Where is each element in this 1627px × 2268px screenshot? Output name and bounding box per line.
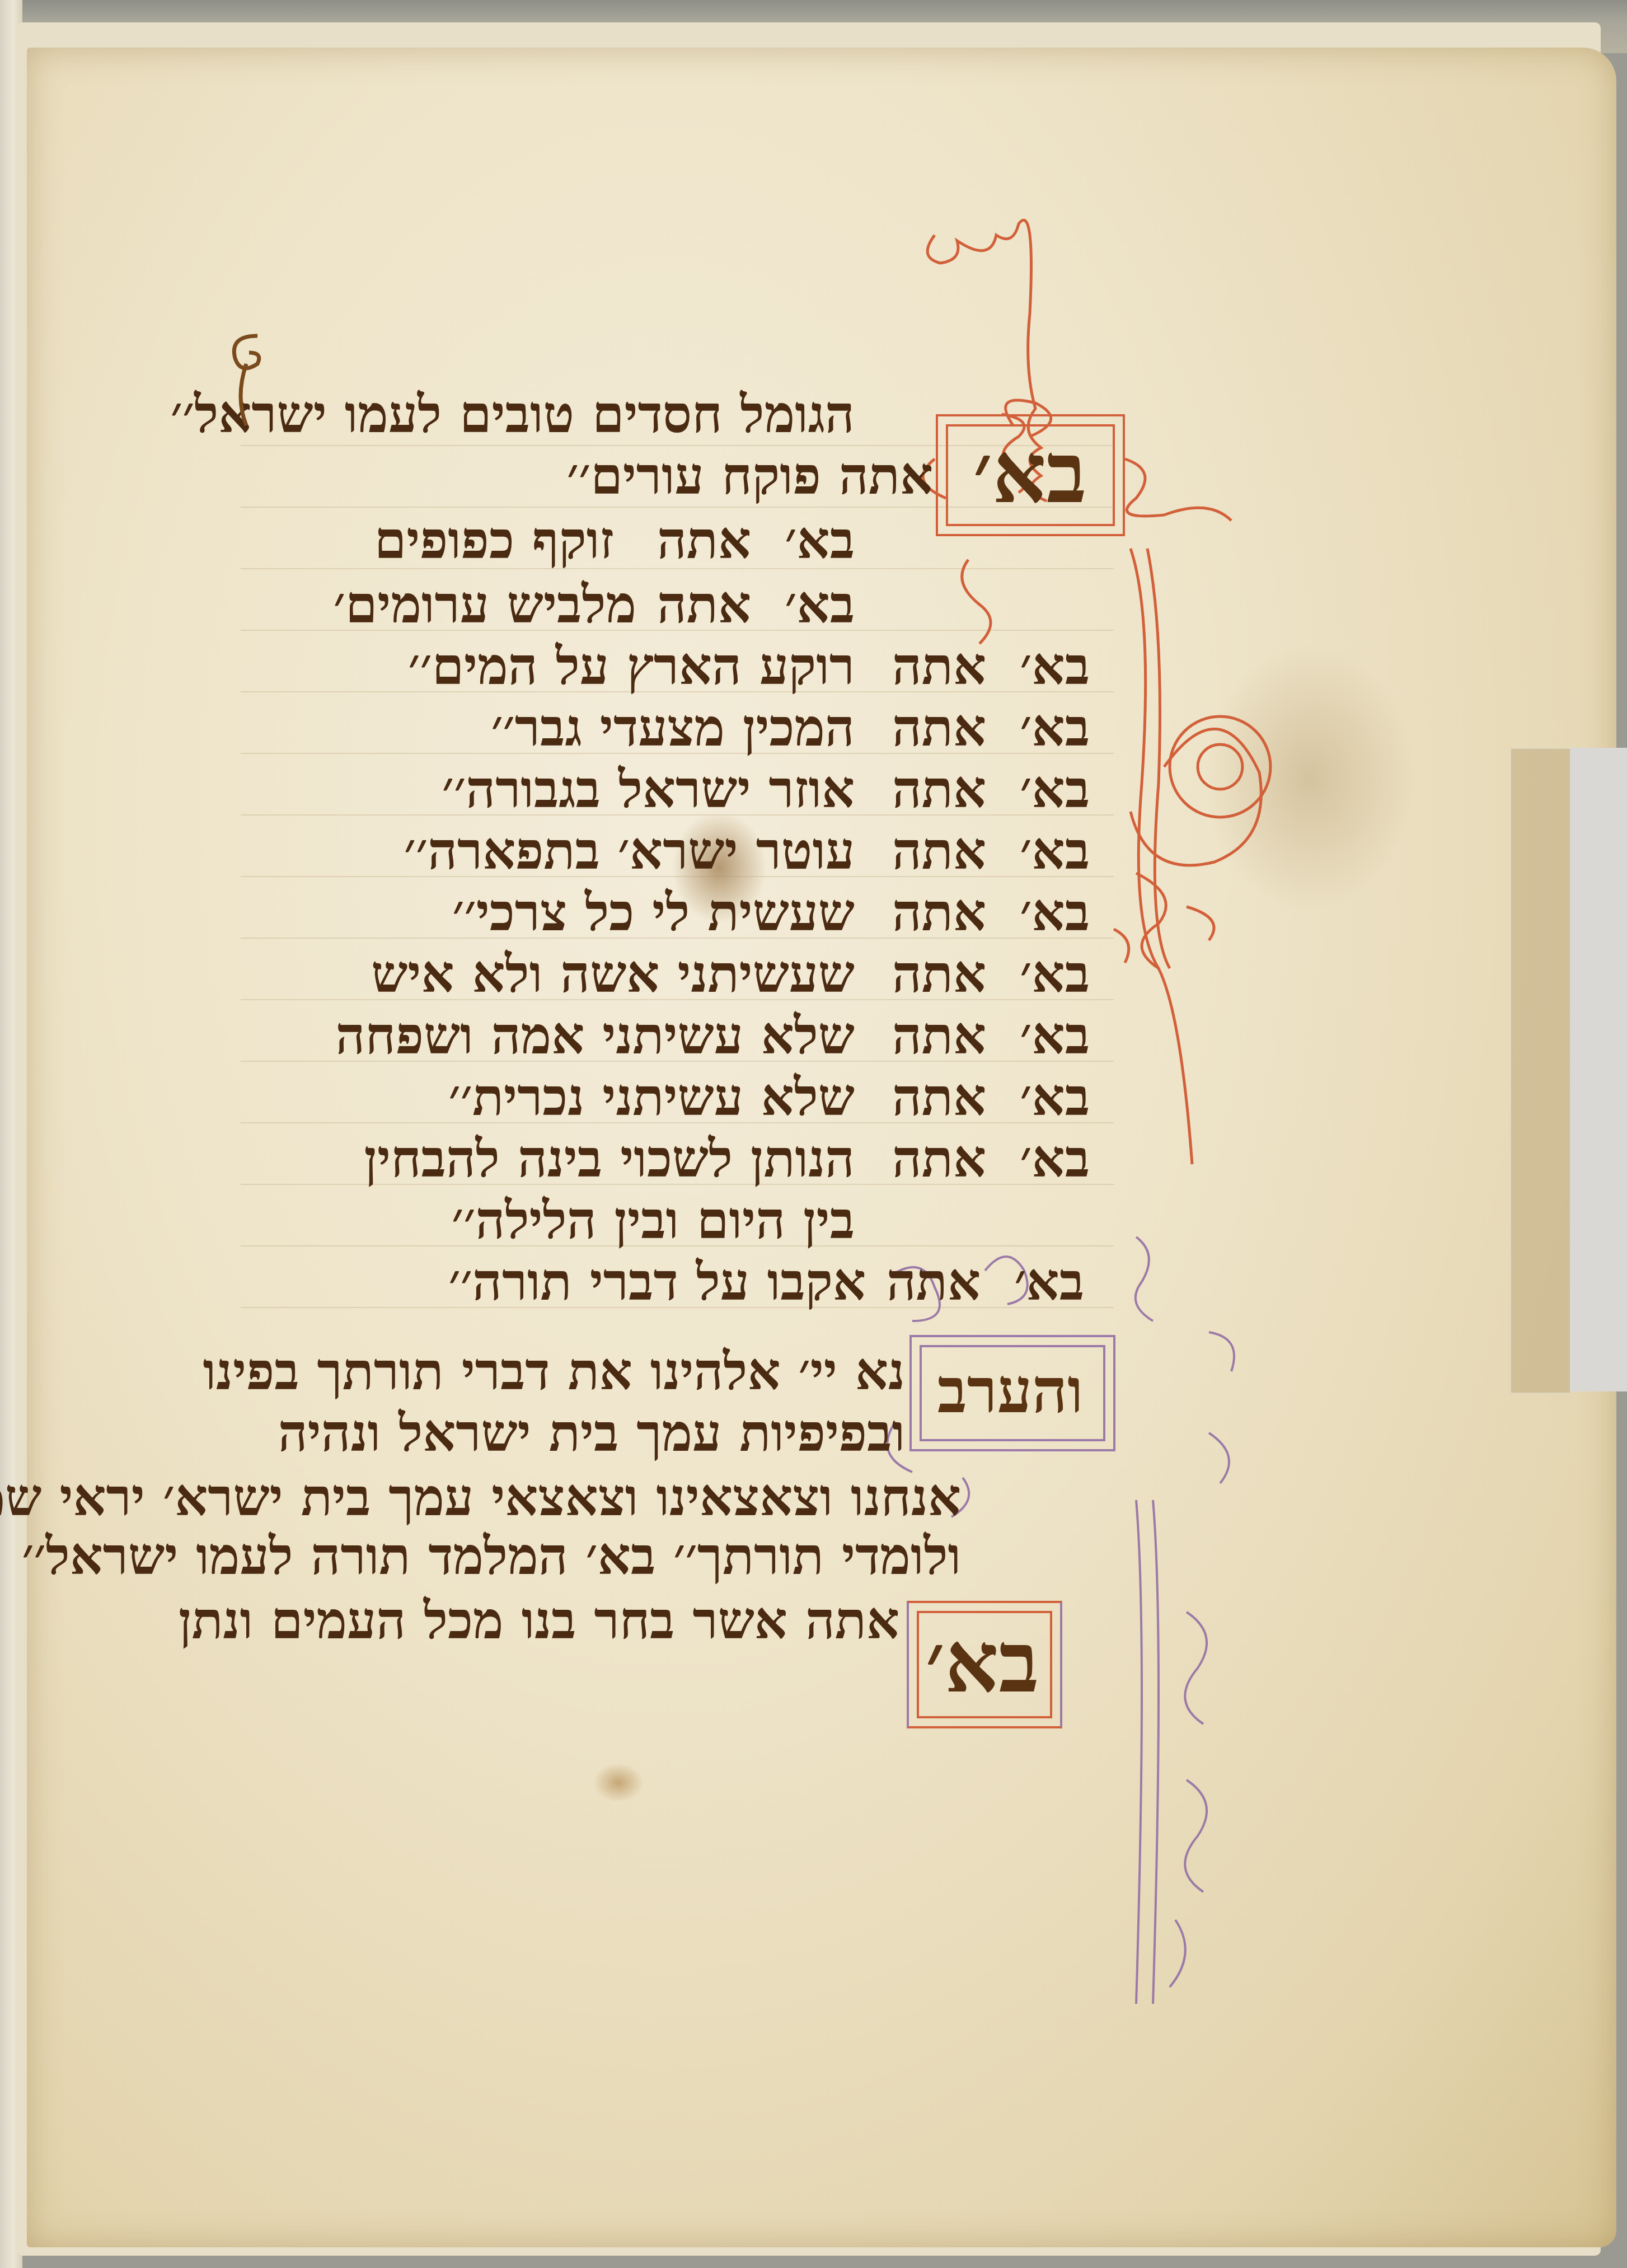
text-line-17: ובפיפיות עמך בית ישראל ונהיה	[278, 1405, 905, 1461]
blessing-text: שעשית לי כל צרכי׳׳	[452, 884, 855, 940]
blessing-text: מלביש ערומים׳	[334, 577, 636, 632]
text-line-7: בא׳ אתה אוזר ישראל בגבורה׳׳	[306, 761, 1090, 817]
baruch-abbrev: בא׳	[1020, 638, 1090, 694]
baruch-abbrev: בא׳	[1020, 946, 1090, 1002]
ata-word: אתה	[892, 638, 986, 694]
text-line-14: בין היום ובין הלילה׳׳	[452, 1192, 855, 1248]
scroll-flourish	[224, 330, 274, 431]
text-line-20: אתה אשר בחר בנו מכל העמים ונתן	[179, 1592, 899, 1648]
ata-word: אתה	[892, 884, 986, 940]
text-line-5: בא׳ אתה רוקע הארץ על המים׳׳	[306, 638, 1090, 694]
text-line-8: בא׳ אתה עוטר ישרא׳ בתפארה׳׳	[306, 823, 1090, 879]
blessing-text: שעשיתני אשה ולא איש	[371, 946, 855, 1002]
ata-word: אתה	[892, 761, 986, 817]
text-line-3: בא׳ אתה זוקף כפופים	[340, 512, 855, 568]
text-line-19: ולומדי תורתך׳׳ בא׳ המלמד תורה לעמו ישראל…	[22, 1528, 961, 1584]
blessing-text: המכין מצעדי גבר׳׳	[491, 700, 855, 756]
blessing-text: עוטר ישרא׳ בתפארה׳׳	[404, 823, 855, 879]
text-line-10: בא׳ אתה שעשיתני אשה ולא איש	[250, 946, 1090, 1002]
baruch-abbrev: בא׳	[1020, 1008, 1090, 1063]
text-line-18: אנחנו וצאצאינו וצאצאי עמך בית ישרא׳ יראי…	[0, 1469, 961, 1525]
baruch-abbrev: בא׳	[1020, 1069, 1090, 1125]
baruch-abbrev: בא׳	[1020, 884, 1090, 940]
ata-word: אתה	[892, 823, 986, 879]
text-line-6: בא׳ אתה המכין מצעדי גבר׳׳	[306, 700, 1090, 756]
text-line-16: נא יי׳ אלהינו את דברי תורתך בפינו	[203, 1343, 905, 1399]
blessing-text: אוזר ישראל בגבורה׳׳	[442, 761, 855, 817]
ata-word: אתה	[657, 577, 751, 632]
text-line-9: בא׳ אתה שעשית לי כל צרכי׳׳	[306, 884, 1090, 940]
blessing-text: שלא עשיתני נכרית׳׳	[448, 1069, 855, 1125]
blessing-text: אקבו על דברי תורה׳׳	[448, 1254, 866, 1310]
baruch-abbrev: בא׳	[1020, 1131, 1090, 1187]
blessing-text: שלא עשיתני אמה ושפחה	[336, 1008, 855, 1063]
baruch-abbrev: בא׳	[1020, 700, 1090, 756]
baruch-abbrev: בא׳	[1020, 823, 1090, 879]
blessing-text: זוקף כפופים	[374, 512, 614, 568]
text-line-12: בא׳ אתה שלא עשיתני נכרית׳׳	[306, 1069, 1090, 1125]
ata-word: אתה	[887, 1254, 981, 1310]
ata-word: אתה	[892, 946, 986, 1002]
ata-word: אתה	[892, 1069, 986, 1125]
paper-strip-marker	[1570, 748, 1627, 1391]
initial-word-middle: והערב	[918, 1349, 1103, 1433]
text-line-15: בא׳ אתה אקבו על דברי תורה׳׳	[357, 1254, 1084, 1310]
blessing-text: אתה פוקח עורים׳׳	[567, 448, 933, 504]
initial-word-top: בא׳	[946, 431, 1114, 515]
baruch-abbrev: בא׳	[1020, 761, 1090, 817]
baruch-abbrev: בא׳	[785, 512, 855, 568]
baruch-abbrev: בא׳	[785, 577, 855, 632]
transparent-hinge-tab	[1510, 748, 1571, 1394]
text-line-2: אתה פוקח עורים׳׳	[429, 448, 933, 504]
ata-word: אתה	[892, 1131, 986, 1187]
ata-word: אתה	[892, 1008, 986, 1063]
text-line-13: בא׳ אתה הנותן לשכוי בינה להבחין	[250, 1131, 1090, 1187]
text-line-11: בא׳ אתה שלא עשיתני אמה ושפחה	[250, 1008, 1090, 1063]
initial-word-bottom: בא׳	[912, 1620, 1052, 1704]
blessing-text: רוקע הארץ על המים׳׳	[408, 638, 855, 694]
text-line-4: בא׳ אתה מלביש ערומים׳	[295, 577, 855, 632]
baruch-abbrev: בא׳	[1014, 1254, 1084, 1310]
ata-word: אתה	[892, 700, 986, 756]
ata-word: אתה	[657, 512, 751, 568]
blessing-text: הנותן לשכוי בינה להבחין	[364, 1131, 855, 1187]
